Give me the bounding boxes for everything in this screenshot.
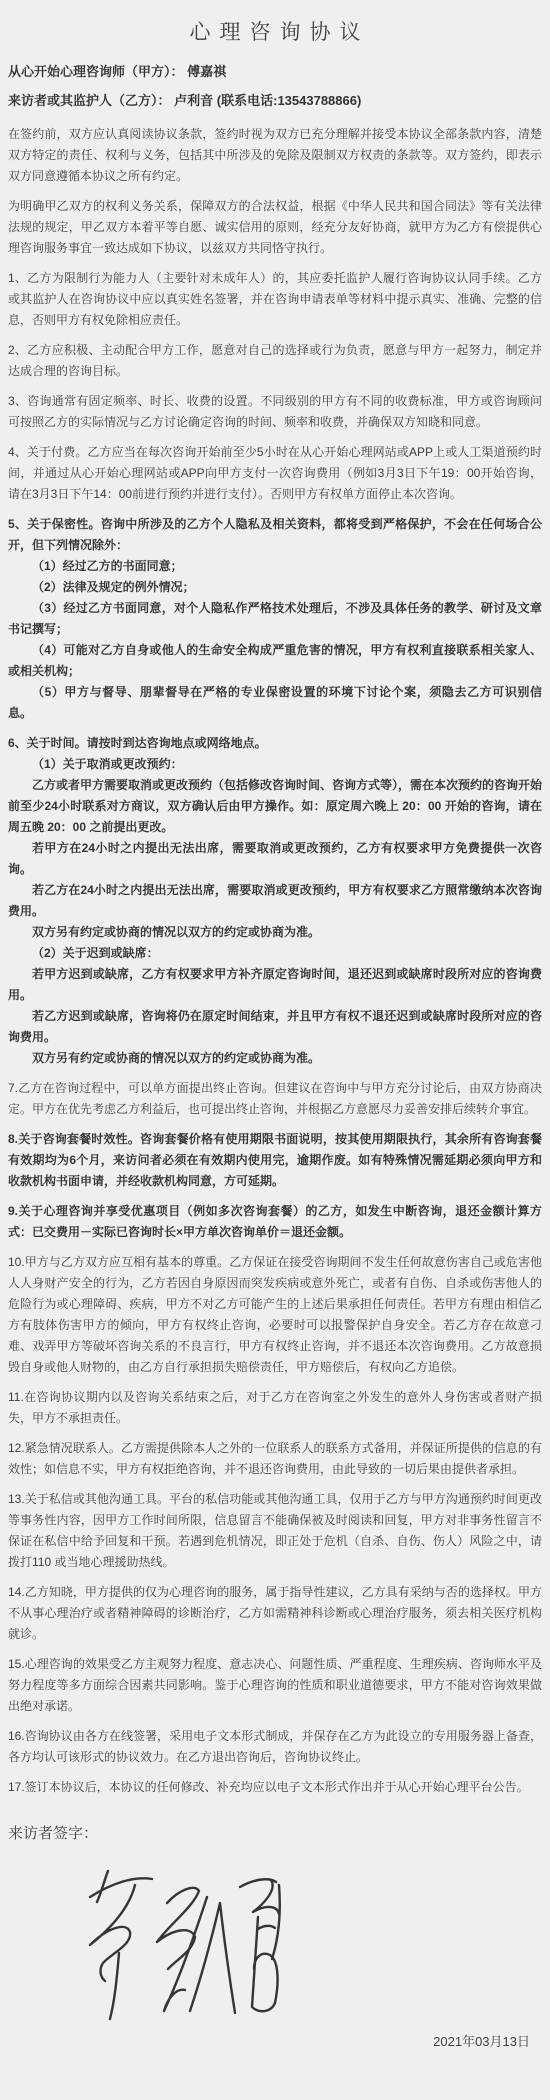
- clause-paragraph: 8.关于咨询套餐时效性。咨询套餐价格有使用期限书面说明，按其使用期限执行，其余所…: [8, 1129, 542, 1192]
- clause-paragraph: 1、乙方为限制行为能力人（主要针对未成年人）的，其应委托监护人履行咨询协议认同手…: [8, 268, 542, 331]
- clause-paragraph: 5、关于保密性。咨询中所涉及的乙方个人隐私及相关资料，都将受到严格保护，不会在任…: [8, 514, 542, 556]
- clause-paragraph: 9.关于心理咨询并享受优惠项目（例如多次咨询套餐）的乙方，如发生中断咨询，退还金…: [8, 1201, 542, 1243]
- clause-paragraph: 若乙方在24小时之内提出无法出席，需要取消或更改预约，甲方有权要求乙方照常缴纳本…: [8, 880, 542, 922]
- page-title: 心理咨询协议: [8, 16, 542, 46]
- clause-block: 8.关于咨询套餐时效性。咨询套餐价格有使用期限书面说明，按其使用期限执行，其余所…: [8, 1129, 542, 1192]
- party-b-line: 来访者或其监护人（乙方）： 卢利音 (联系电话:13543788866): [8, 91, 542, 110]
- clause-block: 6、关于时间。请按时到达咨询地点或网络地点。（1）关于取消或更改预约：乙方或者甲…: [8, 733, 542, 1069]
- visitor-signature-label: 来访者签字：: [8, 1822, 542, 1843]
- clause-paragraph: 乙方或者甲方需要取消或更改预约（包括修改咨询时间、咨询方式等），需在本次预约的咨…: [8, 775, 542, 838]
- party-b-phone: (联系电话:13543788866): [217, 93, 362, 108]
- clause-paragraph: 11.在咨询协议期内以及咨询关系结束之后，对于乙方在咨询室之外发生的意外人身伤害…: [8, 1387, 542, 1429]
- clause-block: 9.关于心理咨询并享受优惠项目（例如多次咨询套餐）的乙方，如发生中断咨询，退还金…: [8, 1201, 542, 1243]
- clause-block: 17.签订本协议后，本协议的任何修改、补充均应以电子文本形式作出并于从心开始心理…: [8, 1777, 542, 1798]
- clause-block: 7.乙方在咨询过程中，可以单方面提出终止咨询。但建议在咨询中与甲方充分讨论后，由…: [8, 1078, 542, 1120]
- clause-paragraph: 在签约前，双方应认真阅读协议条款，签约时视为双方已充分理解并接受本协议全部条款内…: [8, 124, 542, 187]
- clause-paragraph: 为明确甲乙双方的权利义务关系，保障双方的合法权益，根据《中华人民共和国合同法》等…: [8, 196, 542, 259]
- party-a-name: 傅嘉祺: [187, 64, 226, 79]
- clause-paragraph: 14.乙方知晓，甲方提供的仅为心理咨询的服务，属于指导性建议，乙方具有采纳与否的…: [8, 1582, 542, 1645]
- clause-block: 为明确甲乙双方的权利义务关系，保障双方的合法权益，根据《中华人民共和国合同法》等…: [8, 196, 542, 259]
- party-a-label: 从心开始心理咨询师（甲方）：: [8, 64, 184, 79]
- clause-block: 在签约前，双方应认真阅读协议条款，签约时视为双方已充分理解并接受本协议全部条款内…: [8, 124, 542, 187]
- clause-paragraph: 15.心理咨询的效果受乙方主观努力程度、意志决心、问题性质、严重程度、生理疾病、…: [8, 1654, 542, 1717]
- clause-block: 4、关于付费。乙方应当在每次咨询开始前至少5小时在从心开始心理网站或APP上或人…: [8, 442, 542, 505]
- clause-block: 5、关于保密性。咨询中所涉及的乙方个人隐私及相关资料，都将受到严格保护，不会在任…: [8, 514, 542, 724]
- clause-block: 2、乙方应积极、主动配合甲方工作，愿意对自己的选择或行为负责，愿意与甲方一起努力…: [8, 340, 542, 382]
- clause-block: 14.乙方知晓，甲方提供的仅为心理咨询的服务，属于指导性建议，乙方具有采纳与否的…: [8, 1582, 542, 1645]
- party-a-line: 从心开始心理咨询师（甲方）： 傅嘉祺: [8, 62, 542, 81]
- clause-paragraph: 若乙方迟到或缺席，咨询将仍在原定时间结束，并且甲方有权不退还迟到或缺席时段所对应…: [8, 1006, 542, 1048]
- handwritten-signature: [72, 1859, 292, 2027]
- clause-block: 13.关于私信或其他沟通工具。平台的私信功能或其他沟通工具，仅用于乙方与甲方沟通…: [8, 1489, 542, 1573]
- clause-paragraph: 13.关于私信或其他沟通工具。平台的私信功能或其他沟通工具，仅用于乙方与甲方沟通…: [8, 1489, 542, 1573]
- clause-paragraph: 若甲方在24小时之内提出无法出席，需要取消或更改预约，乙方有权要求甲方免费提供一…: [8, 838, 542, 880]
- clause-block: 10.甲方与乙方双方应互相有基本的尊重。乙方保证在接受咨询期间不发生任何故意伤害…: [8, 1252, 542, 1378]
- clause-block: 3、咨询通常有固定频率、时长、收费的设置。不同级别的甲方有不同的收费标准，甲方或…: [8, 391, 542, 433]
- clause-paragraph: （2）法律及规定的例外情况；: [8, 577, 542, 598]
- clause-block: 15.心理咨询的效果受乙方主观努力程度、意志决心、问题性质、严重程度、生理疾病、…: [8, 1654, 542, 1717]
- clause-block: 1、乙方为限制行为能力人（主要针对未成年人）的，其应委托监护人履行咨询协议认同手…: [8, 268, 542, 331]
- clause-paragraph: （2）关于迟到或缺席：: [8, 943, 542, 964]
- signature-strokes: [72, 1859, 292, 2027]
- clause-paragraph: （4）可能对乙方自身或他人的生命安全构成严重危害的情况，甲方有权利直接联系相关家…: [8, 640, 542, 682]
- clause-block: 16.咨询协议由各方在线签署，采用电子文本形式制成，并保存在乙方为此设立的专用服…: [8, 1726, 542, 1768]
- clause-paragraph: 2、乙方应积极、主动配合甲方工作，愿意对自己的选择或行为负责，愿意与甲方一起努力…: [8, 340, 542, 382]
- party-b-name: 卢利音: [174, 93, 213, 108]
- agreement-document: 心理咨询协议 从心开始心理咨询师（甲方）： 傅嘉祺 来访者或其监护人（乙方）： …: [0, 0, 550, 2100]
- clause-paragraph: （1）经过乙方的书面同意；: [8, 556, 542, 577]
- clause-paragraph: 6、关于时间。请按时到达咨询地点或网络地点。: [8, 733, 542, 754]
- clause-paragraph: 3、咨询通常有固定频率、时长、收费的设置。不同级别的甲方有不同的收费标准，甲方或…: [8, 391, 542, 433]
- clause-paragraph: （1）关于取消或更改预约：: [8, 754, 542, 775]
- party-b-label: 来访者或其监护人（乙方）：: [8, 93, 171, 108]
- clause-paragraph: 17.签订本协议后，本协议的任何修改、补充均应以电子文本形式作出并于从心开始心理…: [8, 1777, 542, 1798]
- clause-paragraph: （5）甲方与督导、朋辈督导在严格的专业保密设置的环境下讨论个案，须隐去乙方可识别…: [8, 682, 542, 724]
- clause-block: 11.在咨询协议期内以及咨询关系结束之后，对于乙方在咨询室之外发生的意外人身伤害…: [8, 1387, 542, 1429]
- clause-block: 12.紧急情况联系人。乙方需提供除本人之外的一位联系人的联系方式备用，并保证所提…: [8, 1438, 542, 1480]
- clause-paragraph: 若甲方迟到或缺席，乙方有权要求甲方补齐原定咨询时间，退还迟到或缺席时段所对应的咨…: [8, 964, 542, 1006]
- clause-paragraph: 双方另有约定或协商的情况以双方的约定或协商为准。: [8, 1048, 542, 1069]
- clause-paragraph: 4、关于付费。乙方应当在每次咨询开始前至少5小时在从心开始心理网站或APP上或人…: [8, 442, 542, 505]
- clauses: 在签约前，双方应认真阅读协议条款，签约时视为双方已充分理解并接受本协议全部条款内…: [8, 124, 542, 1798]
- clause-paragraph: 16.咨询协议由各方在线签署，采用电子文本形式制成，并保存在乙方为此设立的专用服…: [8, 1726, 542, 1768]
- clause-paragraph: 12.紧急情况联系人。乙方需提供除本人之外的一位联系人的联系方式备用，并保证所提…: [8, 1438, 542, 1480]
- signature-date: 2021年03月13日: [8, 2031, 542, 2050]
- clause-paragraph: 10.甲方与乙方双方应互相有基本的尊重。乙方保证在接受咨询期间不发生任何故意伤害…: [8, 1252, 542, 1378]
- clause-paragraph: （3）经过乙方书面同意，对个人隐私作严格技术处理后，不涉及具体任务的教学、研讨及…: [8, 598, 542, 640]
- clause-paragraph: 7.乙方在咨询过程中，可以单方面提出终止咨询。但建议在咨询中与甲方充分讨论后，由…: [8, 1078, 542, 1120]
- clause-paragraph: 双方另有约定或协商的情况以双方的约定或协商为准。: [8, 922, 542, 943]
